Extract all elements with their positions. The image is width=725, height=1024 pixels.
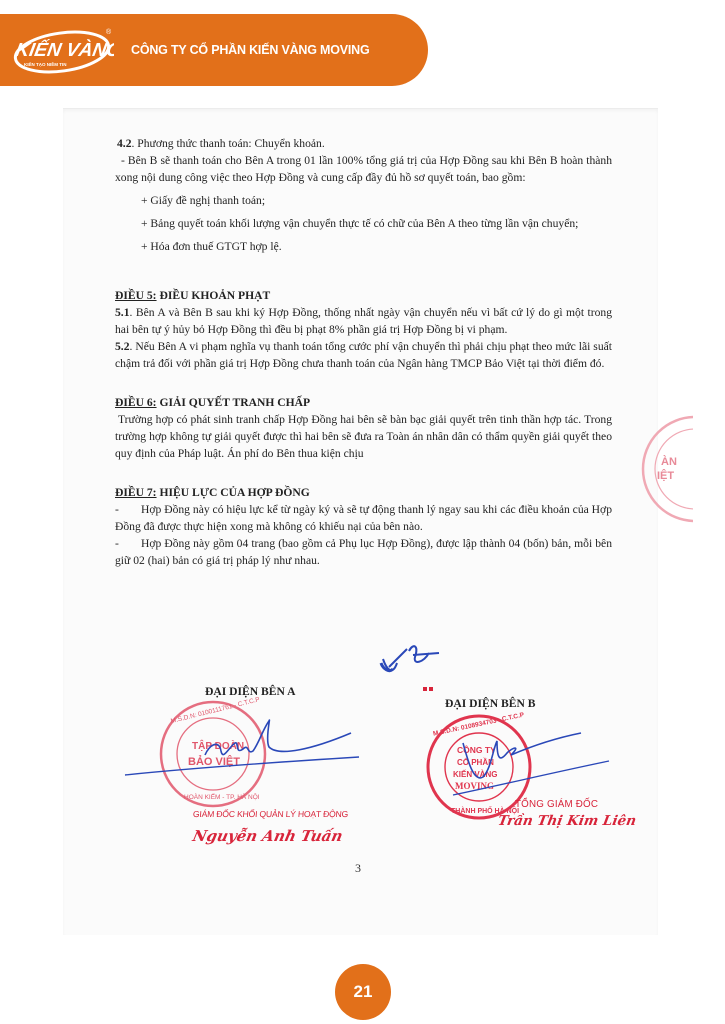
party-b-title: ĐẠI DIỆN BÊN B (445, 697, 536, 710)
svg-text:CÔNG TY: CÔNG TY (457, 744, 496, 755)
contract-body: 4.2. Phương thức thanh toán: Chuyển khoả… (115, 135, 612, 569)
svg-text:TẬP ĐOÀN: TẬP ĐOÀN (192, 739, 244, 752)
clause-5-1: 5.1. Bên A và Bên B sau khi ký Hợp Đồng,… (115, 304, 612, 338)
scanned-contract-page: ÀN IỆT 4.2. Phương thức thanh toán: Chuy… (63, 108, 658, 935)
party-a-stamp: TẬP ĐOÀN BẢO VIỆT M.S.D.N: 0100111761 - … (158, 699, 268, 809)
header-banner: KIẾN VÀNG KIẾN TẠO NIỀM TIN ® CÔNG TY CỔ… (0, 14, 428, 86)
svg-text:CỔ PHẦN: CỔ PHẦN (457, 757, 494, 767)
svg-text:KIẾN VÀNG: KIẾN VÀNG (14, 39, 114, 61)
article-7-heading: ĐIỀU 7: HIỆU LỰC CỦA HỢP ĐỒNG (115, 484, 612, 501)
party-b-role: TỔNG GIÁM ĐỐC (515, 799, 598, 810)
svg-text:MOVING: MOVING (455, 781, 494, 791)
svg-text:KIẾN VÀNG: KIẾN VÀNG (453, 769, 497, 779)
article-7-bullet: -Hợp Đồng này gồm 04 trang (bao gồm cả P… (115, 535, 612, 569)
article-6-heading: ĐIỀU 6: GIẢI QUYẾT TRANH CHẤP (115, 394, 612, 411)
company-name: CÔNG TY CỔ PHẦN KIẾN VÀNG MOVING (131, 14, 370, 86)
section-4-2-heading: 4.2. Phương thức thanh toán: Chuyển khoả… (115, 135, 612, 152)
party-a-name: Nguyễn Anh Tuấn (191, 827, 344, 845)
partial-stamp-edge: ÀN IỆT (633, 409, 693, 529)
payment-doc-item: + Giấy đề nghị thanh toán; (115, 192, 612, 209)
payment-doc-item: + Hóa đơn thuế GTGT hợp lệ. (115, 238, 612, 255)
svg-text:IỆT: IỆT (657, 469, 674, 482)
kien-vang-logo-icon: KIẾN VÀNG KIẾN TẠO NIỀM TIN ® (12, 26, 114, 74)
party-a-role: GIÁM ĐỐC KHỐI QUẢN LÝ HOẠT ĐỘNG (193, 809, 349, 819)
initial-signature (353, 641, 443, 681)
document-page-number: 3 (355, 861, 361, 876)
section-4-2-paragraph: - Bên B sẽ thanh toán cho Bên A trong 01… (115, 152, 612, 186)
party-a-title: ĐẠI DIỆN BÊN A (205, 685, 296, 698)
article-6-paragraph: Trường hợp có phát sinh tranh chấp Hợp Đ… (115, 411, 612, 462)
clause-5-2: 5.2. Nếu Bên A vi phạm nghĩa vụ thanh to… (115, 338, 612, 372)
party-b-name: Trần Thị Kim Liên (497, 813, 638, 829)
article-5-heading: ĐIỀU 5: ĐIỀU KHOẢN PHẠT (115, 287, 612, 304)
svg-text:®: ® (106, 28, 112, 36)
page-badge: 21 (335, 964, 391, 1020)
article-7-bullet: -Hợp Đồng này có hiệu lực kể từ ngày ký … (115, 501, 612, 535)
svg-text:KIẾN TẠO NIỀM TIN: KIẾN TẠO NIỀM TIN (24, 61, 67, 67)
svg-text:ÀN: ÀN (661, 455, 677, 468)
red-marks (423, 687, 435, 691)
svg-text:BẢO VIỆT: BẢO VIỆT (188, 755, 240, 768)
payment-doc-item: + Bảng quyết toán khối lượng vận chuyển … (115, 215, 612, 232)
